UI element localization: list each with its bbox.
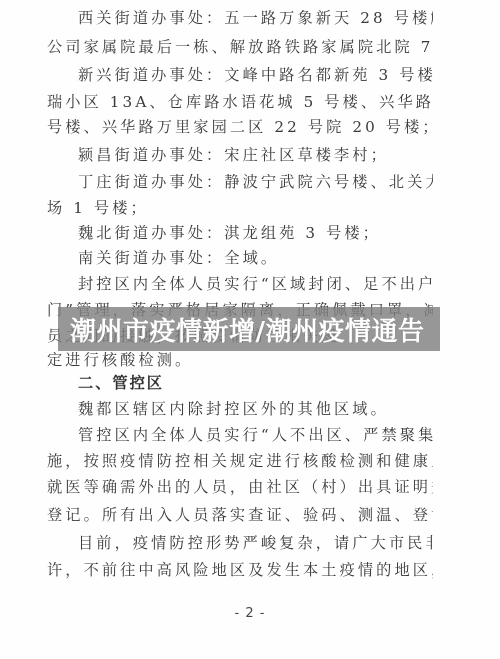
page-number: - 2 - [0, 606, 500, 621]
doc-line: 新兴街道办事处：文峰中路名都新苑 3 号楼、仓库路金 [78, 65, 433, 85]
doc-line: 施，按照疫情防控相关规定进行核酸检测和健康监测。对因 [47, 451, 433, 471]
overlay-title: 潮州市疫情新增/潮州疫情通告 [70, 311, 425, 348]
doc-line: 南关街道办事处：全域。 [78, 248, 433, 268]
doc-line: 封控区内全体人员实行“区域封闭、足不出户、服务上 [78, 274, 433, 294]
doc-line: 登记。所有出入人员落实查证、验码、测温、登记。 [47, 505, 433, 525]
doc-line: 西关街道办事处：五一路万象新天 28 号楼解放路恒生 [78, 8, 433, 28]
doc-line: 魏都区辖区内除封控区外的其他区域。 [78, 399, 433, 419]
doc-line: 颍昌街道办事处：宋庄社区草楼李村； [78, 145, 433, 165]
title-overlay-banner: 潮州市疫情新增/潮州疫情通告 [58, 307, 440, 351]
doc-line: 瑞小区 13A、仓库路水语花城 5 号楼、兴华路广宇颐景园 5 [47, 92, 433, 112]
doc-line: 就医等确需外出的人员，由社区（村）出具证明并做好审核 [47, 477, 433, 497]
doc-line: 公司家属院最后一栋、解放路铁路家属院北院 7 号楼； [47, 37, 433, 57]
doc-line: 场 1 号楼； [47, 198, 433, 218]
doc-line: 管控区内全体人员实行“人不出区、严禁聚集”管理措 [78, 425, 433, 445]
doc-line: 许，不前往中高风险地区及发生本土疫情的地区，减少不必 [47, 560, 433, 580]
doc-line: 丁庄街道办事处：静波宁武院六号楼、北关大街金汇广 [78, 172, 433, 192]
section-heading: 二、管控区 [78, 373, 433, 393]
doc-line: 目前，疫情防控形势严峻复杂，请广大市民非必要不离 [78, 533, 433, 553]
doc-line: 魏北街道办事处：淇龙组苑 3 号楼； [78, 223, 433, 243]
doc-line: 号楼、兴华路万里家园二区 22 号院 20 号楼； [47, 117, 433, 137]
doc-line: 定进行核酸检测。 [47, 350, 433, 370]
